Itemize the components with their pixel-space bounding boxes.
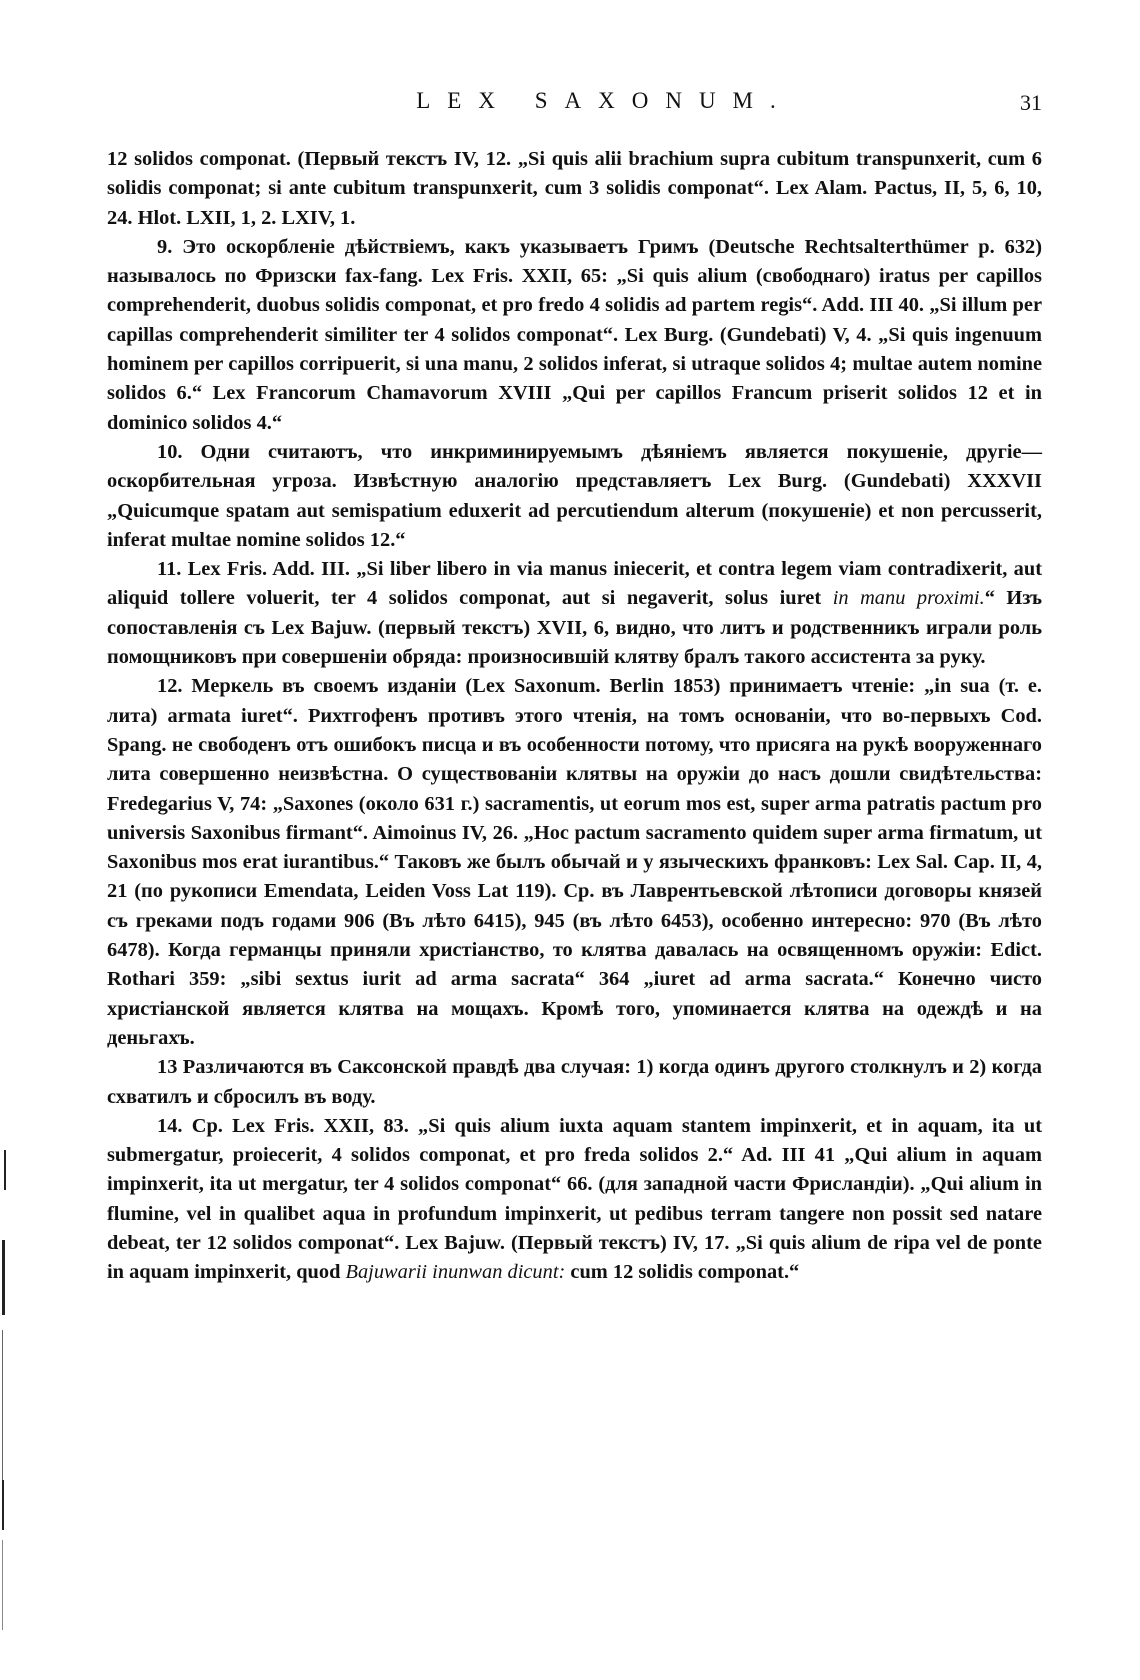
scan-margin-mark (2, 1240, 5, 1315)
text-run: 10. Одни считаютъ, что инкриминируемымъ … (107, 441, 1042, 551)
scan-margin-mark (4, 1150, 6, 1190)
footnote-note-9: 9. Это оскорбленіе дѣйствіемъ, какъ указ… (107, 233, 1042, 438)
text-run: 14. Ср. Lex Fris. XXII, 83. „Si quis ali… (107, 1115, 1042, 1283)
scan-margin-mark (2, 1540, 3, 1630)
text-run: 9. Это оскорбленіе дѣйствіемъ, какъ указ… (107, 236, 1042, 434)
footnote-note-11: 11. Lex Fris. Add. III. „Si liber libero… (107, 555, 1042, 672)
text-run: 12. Меркель въ своемъ изданіи (Lex Saxon… (107, 675, 1042, 1049)
page-header: LEX SAXONUM. 31 (107, 88, 1042, 128)
italic-text: Bajuwarii inunwan dicunt: (346, 1261, 566, 1283)
text-run: cum 12 solidis componat.“ (565, 1261, 799, 1283)
footnotes-body: 12 solidos componat. (Первый текстъ IV, … (107, 145, 1042, 1288)
footnote-note-14: 14. Ср. Lex Fris. XXII, 83. „Si quis ali… (107, 1112, 1042, 1288)
footnote-note-12: 12. Меркель въ своемъ изданіи (Lex Saxon… (107, 672, 1042, 1053)
italic-text: in manu proximi. (833, 587, 985, 609)
footnote-note-13: 13 Различаются въ Саксонской правдѣ два … (107, 1053, 1042, 1112)
footnote-cont: 12 solidos componat. (Первый текстъ IV, … (107, 145, 1042, 233)
scan-margin-mark (2, 1480, 4, 1530)
scan-margin-mark (2, 1330, 3, 1480)
running-title: LEX SAXONUM. (107, 88, 1042, 114)
text-run: 13 Различаются въ Саксонской правдѣ два … (107, 1056, 1042, 1107)
text-run: 12 solidos componat. (Первый текстъ IV, … (107, 148, 1042, 229)
page-number: 31 (1020, 90, 1042, 116)
footnote-note-10: 10. Одни считаютъ, что инкриминируемымъ … (107, 438, 1042, 555)
document-page: LEX SAXONUM. 31 12 solidos componat. (Пе… (0, 0, 1140, 1680)
